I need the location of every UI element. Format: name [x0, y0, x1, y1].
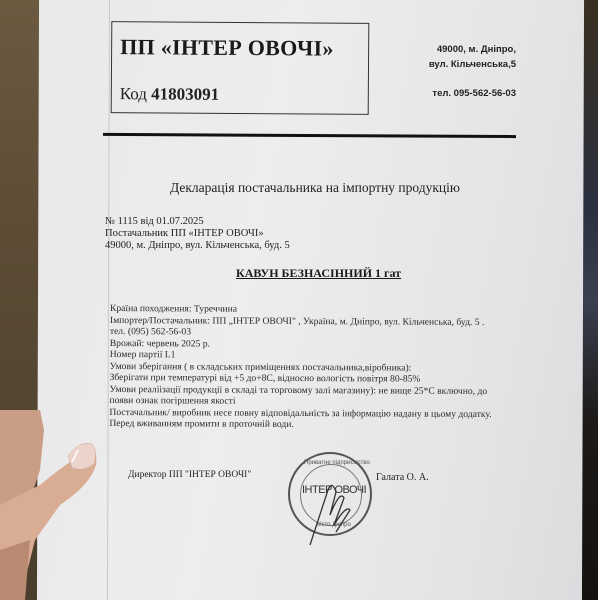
company-code: Код 41803091	[120, 84, 220, 105]
document-title: Декларація постачальника на імпортну про…	[170, 180, 460, 196]
supplier-address: 49000, м. Дніпро, вул. Кільченська, буд.…	[105, 240, 290, 252]
stamp-top-text: Приватне підприємство	[304, 460, 370, 466]
product-details: Країна походження: Туреччина Імпортер/По…	[109, 303, 492, 431]
company-name: ПП «ІНТЕР ОВОЧІ»	[120, 34, 334, 61]
signer-name: Галата О. А.	[376, 472, 429, 483]
letterhead-phone: тел. 095-562-56-03	[400, 88, 516, 99]
supplier-line: Постачальник ПП «ІНТЕР ОВОЧІ»	[105, 228, 290, 240]
signature-scribble	[300, 470, 360, 550]
detail-line: Перед вживанням промити в проточній води…	[109, 418, 491, 432]
address-line-1: 49000, м. Дніпро,	[400, 42, 516, 57]
address-line-2: вул. Кільченська,5	[400, 57, 516, 72]
signature-title: Директор ПП "ІНТЕР ОВОЧІ"	[128, 470, 251, 480]
letterhead-box: ПП «ІНТЕР ОВОЧІ» Код 41803091	[111, 21, 370, 115]
product-name: КАВУН БЕЗНАСІННИЙ 1 гат	[236, 266, 401, 281]
document-meta: № 1115 від 01.07.2025 Постачальник ПП «І…	[105, 216, 290, 252]
letterhead-address: 49000, м. Дніпро, вул. Кільченська,5	[400, 42, 516, 72]
code-label: Код	[120, 84, 147, 103]
document-number: № 1115 від 01.07.2025	[105, 216, 290, 228]
code-value: 41803091	[151, 84, 219, 103]
hand-holding-paper	[0, 410, 110, 600]
